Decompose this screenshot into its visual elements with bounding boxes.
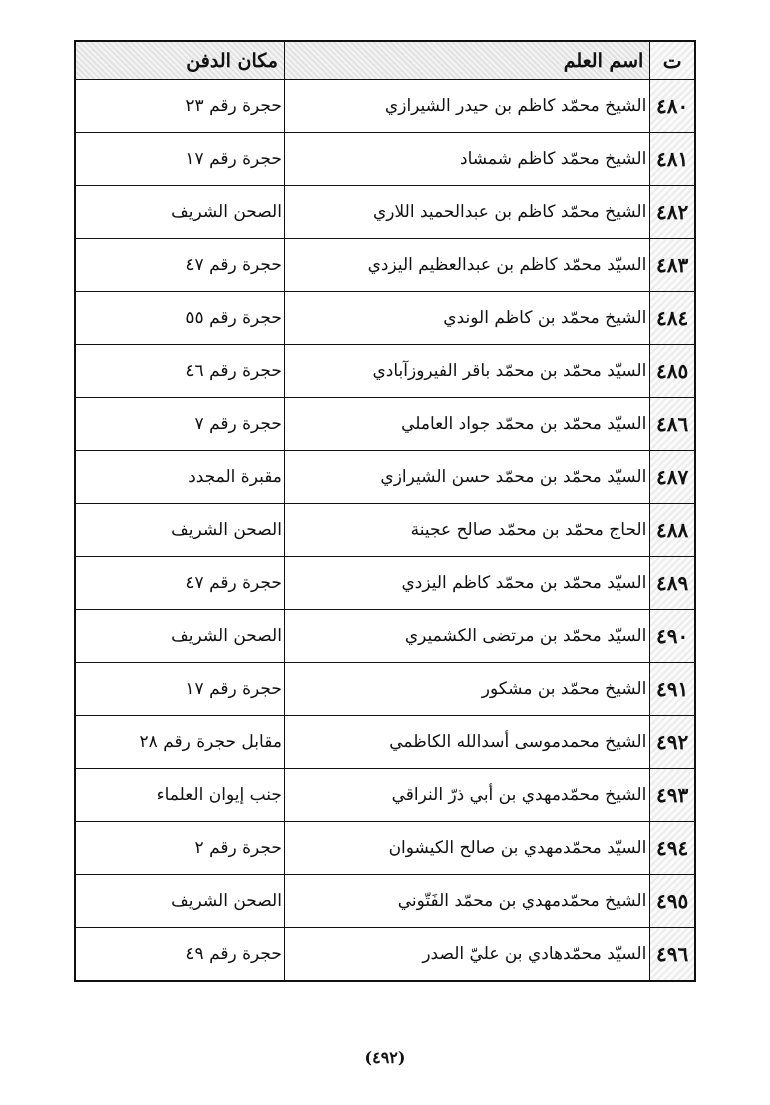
table-row: ٤٨٠الشيخ محمّد كاظم بن حيدر الشيرازيحجرة… [75, 80, 695, 133]
burial-place: الصحن الشريف [75, 875, 284, 928]
scholar-name: الحاج محمّد بن محمّد صالح عجينة [284, 504, 649, 557]
table-row: ٤٨٩السيّد محمّد بن محمّد كاظم اليزديحجرة… [75, 557, 695, 610]
scholar-name: الشيخ محمّد كاظم شمشاد [284, 133, 649, 186]
burial-place: جنب إيوان العلماء [75, 769, 284, 822]
row-number: ٤٩٢ [650, 716, 695, 769]
table-row: ٤٨٦السيّد محمّد بن محمّد جواد العامليحجر… [75, 398, 695, 451]
table-row: ٤٨٤الشيخ محمّد بن كاظم الونديحجرة رقم ٥٥ [75, 292, 695, 345]
row-number: ٤٨٣ [650, 239, 695, 292]
document-page: ت اسم العلم مكان الدفن ٤٨٠الشيخ محمّد كا… [0, 0, 770, 1105]
scholar-name: السيّد محمّد كاظم بن عبدالعظيم اليزدي [284, 239, 649, 292]
table-row: ٤٩٥الشيخ محمّدمهدي بن محمّد الفَتّونيالص… [75, 875, 695, 928]
table-row: ٤٩٠السيّد محمّد بن مرتضى الكشميريالصحن ا… [75, 610, 695, 663]
page-number: (٤٩٢) [0, 1048, 770, 1067]
header-burial-place: مكان الدفن [75, 41, 284, 80]
row-number: ٤٨٥ [650, 345, 695, 398]
table-row: ٤٨٢الشيخ محمّد كاظم بن عبدالحميد اللاريا… [75, 186, 695, 239]
row-number: ٤٨٨ [650, 504, 695, 557]
row-number: ٤٩٣ [650, 769, 695, 822]
scholar-name: السيّد محمّدمهدي بن صالح الكيشوان [284, 822, 649, 875]
scholar-name: السيّد محمّد بن محمّد حسن الشيرازي [284, 451, 649, 504]
row-number: ٤٨١ [650, 133, 695, 186]
row-number: ٤٨٧ [650, 451, 695, 504]
row-number: ٤٨٦ [650, 398, 695, 451]
scholar-name: الشيخ محمّدمهدي بن محمّد الفَتّوني [284, 875, 649, 928]
burial-place: مقبرة المجدد [75, 451, 284, 504]
scholar-name: الشيخ محمّد بن كاظم الوندي [284, 292, 649, 345]
table-row: ٤٨٣السيّد محمّد كاظم بن عبدالعظيم اليزدي… [75, 239, 695, 292]
row-number: ٤٩١ [650, 663, 695, 716]
burial-place: مقابل حجرة رقم ٢٨ [75, 716, 284, 769]
burial-place: حجرة رقم ٤٦ [75, 345, 284, 398]
burial-place: حجرة رقم ٢ [75, 822, 284, 875]
row-number: ٤٨٢ [650, 186, 695, 239]
scholar-name: الشيخ محمّدمهدي بن أبي ذرّ النراقي [284, 769, 649, 822]
scholar-name: السيّد محمّد بن مرتضى الكشميري [284, 610, 649, 663]
table-row: ٤٩٤السيّد محمّدمهدي بن صالح الكيشوانحجرة… [75, 822, 695, 875]
table-row: ٤٨٥السيّد محمّد بن محمّد باقر الفيروزآبا… [75, 345, 695, 398]
burial-place: حجرة رقم ٧ [75, 398, 284, 451]
scholar-name: السيّد محمّد بن محمّد كاظم اليزدي [284, 557, 649, 610]
table-header-row: ت اسم العلم مكان الدفن [75, 41, 695, 80]
burial-place: الصحن الشريف [75, 610, 284, 663]
burial-place: الصحن الشريف [75, 504, 284, 557]
row-number: ٤٨٤ [650, 292, 695, 345]
burial-place: حجرة رقم ١٧ [75, 663, 284, 716]
scholar-name: السيّد محمّد بن محمّد باقر الفيروزآبادي [284, 345, 649, 398]
table-row: ٤٨٨الحاج محمّد بن محمّد صالح عجينةالصحن … [75, 504, 695, 557]
burial-place: حجرة رقم ٥٥ [75, 292, 284, 345]
table-body: ٤٨٠الشيخ محمّد كاظم بن حيدر الشيرازيحجرة… [75, 80, 695, 982]
burial-place: الصحن الشريف [75, 186, 284, 239]
table-row: ٤٩١الشيخ محمّد بن مشكورحجرة رقم ١٧ [75, 663, 695, 716]
burial-place: حجرة رقم ٤٧ [75, 557, 284, 610]
table-row: ٤٨١الشيخ محمّد كاظم شمشادحجرة رقم ١٧ [75, 133, 695, 186]
table-row: ٤٩٦السيّد محمّدهادي بن عليّ الصدرحجرة رق… [75, 928, 695, 982]
row-number: ٤٩٥ [650, 875, 695, 928]
scholar-name: الشيخ محمّد كاظم بن عبدالحميد اللاري [284, 186, 649, 239]
header-name: اسم العلم [284, 41, 649, 80]
table-row: ٤٨٧السيّد محمّد بن محمّد حسن الشيرازيمقب… [75, 451, 695, 504]
scholar-name: الشيخ محمّد بن مشكور [284, 663, 649, 716]
row-number: ٤٨٩ [650, 557, 695, 610]
burial-place: حجرة رقم ٤٧ [75, 239, 284, 292]
row-number: ٤٨٠ [650, 80, 695, 133]
table-row: ٤٩٣الشيخ محمّدمهدي بن أبي ذرّ النراقيجنب… [75, 769, 695, 822]
header-number: ت [650, 41, 695, 80]
scholar-name: الشيخ محمدموسى أسدالله الكاظمي [284, 716, 649, 769]
burial-place: حجرة رقم ٢٣ [75, 80, 284, 133]
scholar-name: الشيخ محمّد كاظم بن حيدر الشيرازي [284, 80, 649, 133]
burial-place: حجرة رقم ٤٩ [75, 928, 284, 982]
scholar-name: السيّد محمّد بن محمّد جواد العاملي [284, 398, 649, 451]
scholar-name: السيّد محمّدهادي بن عليّ الصدر [284, 928, 649, 982]
row-number: ٤٩٠ [650, 610, 695, 663]
burial-place: حجرة رقم ١٧ [75, 133, 284, 186]
burial-register-table: ت اسم العلم مكان الدفن ٤٨٠الشيخ محمّد كا… [74, 40, 696, 982]
row-number: ٤٩٦ [650, 928, 695, 982]
row-number: ٤٩٤ [650, 822, 695, 875]
table-row: ٤٩٢الشيخ محمدموسى أسدالله الكاظميمقابل ح… [75, 716, 695, 769]
